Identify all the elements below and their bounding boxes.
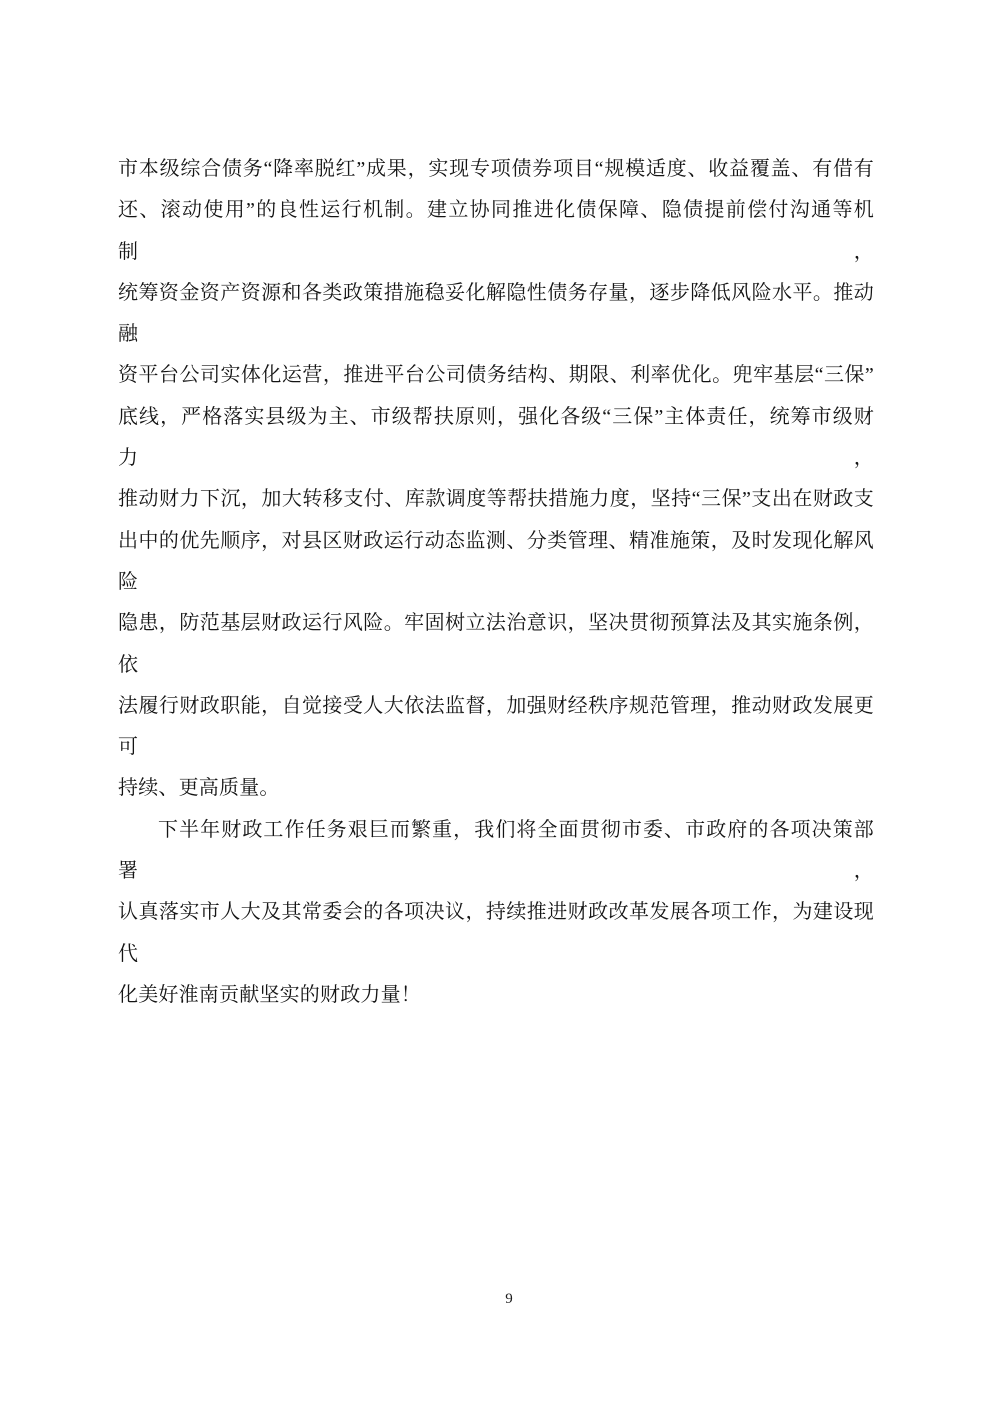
document-page: 市本级综合债务“降率脱红”成果，实现专项债券项目“规模适度、收益覆盖、有借有 还…: [0, 0, 992, 1403]
paragraph-second-half-outlook: 下半年财政工作任务艰巨而繁重，我们将全面贯彻市委、市政府的各项决策部署， 认真落…: [118, 810, 874, 1016]
paragraph-debt-and-fiscal-work: 市本级综合债务“降率脱红”成果，实现专项债券项目“规模适度、收益覆盖、有借有 还…: [118, 149, 874, 810]
text-line: 下半年财政工作任务艰巨而繁重，我们将全面贯彻市委、市政府的各项决策部署，: [118, 810, 874, 893]
text-line: 底线，严格落实县级为主、市级帮扶原则，强化各级“三保”主体责任，统筹市级财力，: [118, 397, 874, 480]
text-line: 还、滚动使用”的良性运行机制。建立协同推进化债保障、隐债提前偿付沟通等机制，: [118, 190, 874, 273]
text-line: 认真落实市人大及其常委会的各项决议，持续推进财政改革发展各项工作，为建设现代: [118, 892, 874, 975]
page-footer: 9: [13, 1290, 992, 1308]
text-line: 资平台公司实体化运营，推进平台公司债务结构、期限、利率优化。兜牢基层“三保”: [118, 355, 874, 396]
page-number: 9: [505, 1291, 513, 1307]
text-line: 市本级综合债务“降率脱红”成果，实现专项债券项目“规模适度、收益覆盖、有借有: [118, 149, 874, 190]
text-line: 推动财力下沉，加大转移支付、库款调度等帮扶措施力度，坚持“三保”支出在财政支: [118, 479, 874, 520]
text-line: 统筹资金资产资源和各类政策措施稳妥化解隐性债务存量，逐步降低风险水平。推动融: [118, 273, 874, 356]
text-line: 化美好淮南贡献坚实的财政力量！: [118, 975, 874, 1016]
body-text: 市本级综合债务“降率脱红”成果，实现专项债券项目“规模适度、收益覆盖、有借有 还…: [118, 149, 874, 1016]
text-line: 法履行财政职能，自觉接受人大依法监督，加强财经秩序规范管理，推动财政发展更可: [118, 686, 874, 769]
text-line: 持续、更高质量。: [118, 768, 874, 809]
text-line: 隐患，防范基层财政运行风险。牢固树立法治意识，坚决贯彻预算法及其实施条例，依: [118, 603, 874, 686]
text-line: 出中的优先顺序，对县区财政运行动态监测、分类管理、精准施策，及时发现化解风险: [118, 521, 874, 604]
